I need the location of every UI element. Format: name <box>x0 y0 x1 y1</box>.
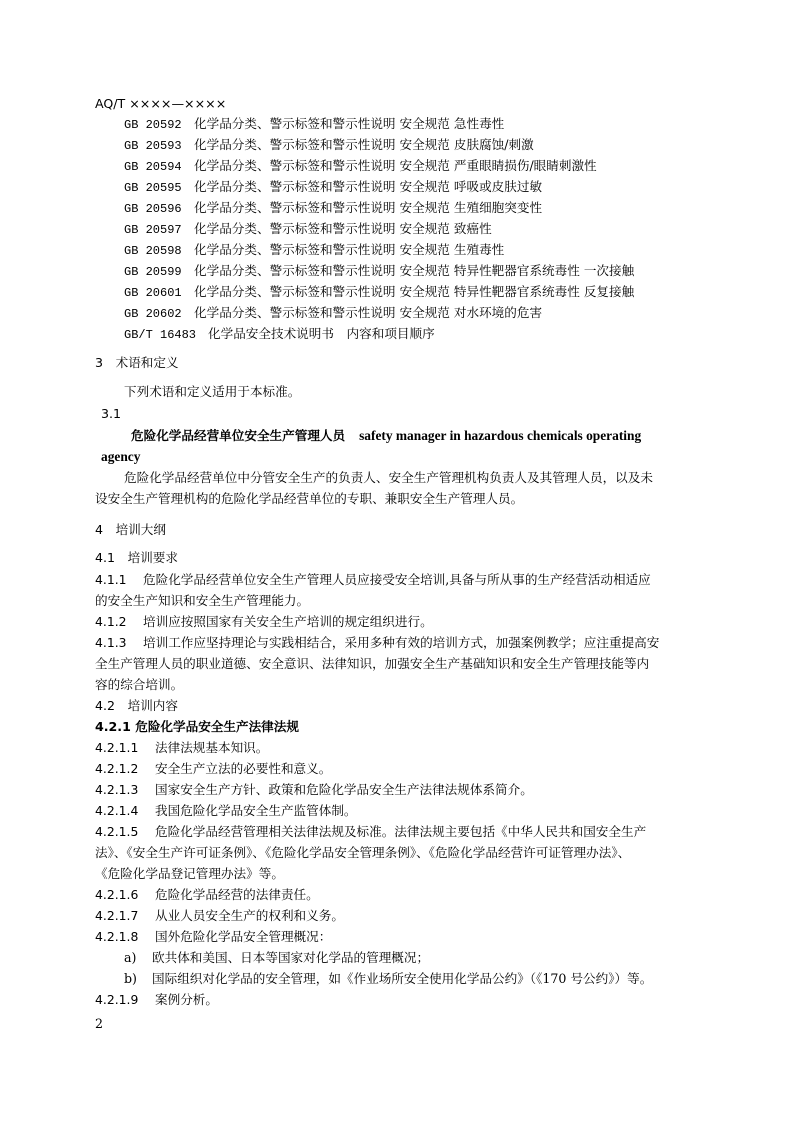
term-definition-line: 危险化学品经营单位中分管安全生产的负责人、安全生产管理机构负责人及其管理人员，以… <box>124 470 653 486</box>
reference-code: GB 20592 <box>124 117 194 133</box>
reference-item: GB 20599化学品分类、警示标签和警示性说明 安全规范 特异性靶器官系统毒性… <box>124 263 634 280</box>
reference-item: GB/T 16483化学品安全技术说明书 内容和项目顺序 <box>124 326 435 343</box>
clause-number: 4.2.1.9 <box>95 992 143 1008</box>
clause-4-2-1-1: 4.2.1.1法律法规基本知识。 <box>95 740 268 756</box>
clause-text: 危险化学品经营的法律责任。 <box>155 887 319 902</box>
reference-code: GB 20596 <box>124 201 194 217</box>
reference-item: GB 20602化学品分类、警示标签和警示性说明 安全规范 对水环境的危害 <box>124 305 542 322</box>
section-4-2-heading: 4.2 培训内容 <box>95 698 178 714</box>
term-title: 危险化学品经营单位安全生产管理人员safety manager in hazar… <box>131 428 641 444</box>
clause-number: 4.2.1.1 <box>95 740 143 756</box>
term-definition-line: 设安全生产管理机构的危险化学品经营单位的专职、兼职安全生产管理人员。 <box>95 491 523 507</box>
section-4-heading: 4 培训大纲 <box>95 522 166 538</box>
reference-item: GB 20597化学品分类、警示标签和警示性说明 安全规范 致癌性 <box>124 221 492 238</box>
clause-text: 危险化学品经营管理相关法律法规及标准。法律法规主要包括《中华人民共和国安全生产 <box>155 824 646 839</box>
clause-text: 危险化学品经营单位安全生产管理人员应接受安全培训,具备与所从事的生产经营活动相适… <box>143 572 651 587</box>
clause-number: 4.2.1.8 <box>95 929 143 945</box>
reference-code: GB 20598 <box>124 243 194 259</box>
reference-code: GB 20595 <box>124 180 194 196</box>
reference-title: 化学品分类、警示标签和警示性说明 安全规范 生殖细胞突变性 <box>194 200 542 215</box>
term-english: safety manager in hazardous chemicals op… <box>359 428 641 443</box>
section-3-intro: 下列术语和定义适用于本标准。 <box>124 384 300 400</box>
clause-4-2-1-8: 4.2.1.8国外危险化学品安全管理概况： <box>95 929 331 945</box>
term-chinese: 危险化学品经营单位安全生产管理人员 <box>131 428 345 443</box>
clause-4-1-1: 4.1.1危险化学品经营单位安全生产管理人员应接受安全培训,具备与所从事的生产经… <box>95 572 651 588</box>
clause-text: 法律法规基本知识。 <box>155 740 268 755</box>
list-text: 欧共体和美国、日本等国家对化学品的管理概况； <box>152 950 429 965</box>
clause-4-1-2: 4.1.2培训应按照国家有关安全生产培训的规定组织进行。 <box>95 614 433 630</box>
reference-item: GB 20593化学品分类、警示标签和警示性说明 安全规范 皮肤腐蚀/刺激 <box>124 137 534 154</box>
clause-text: 国外危险化学品安全管理概况： <box>155 929 331 944</box>
clause-text-continued: 《危险化学品登记管理办法》等。 <box>95 866 284 882</box>
reference-item: GB 20598化学品分类、警示标签和警示性说明 安全规范 生殖毒性 <box>124 242 504 259</box>
reference-code: GB 20594 <box>124 159 194 175</box>
clause-4-2-1-4: 4.2.1.4我国危险化学品安全生产监管体制。 <box>95 803 357 819</box>
reference-title: 化学品分类、警示标签和警示性说明 安全规范 皮肤腐蚀/刺激 <box>194 137 534 152</box>
reference-item: GB 20601化学品分类、警示标签和警示性说明 安全规范 特异性靶器官系统毒性… <box>124 284 634 301</box>
clause-text: 安全生产立法的必要性和意义。 <box>155 761 331 776</box>
section-3-heading: 3 术语和定义 <box>95 355 179 371</box>
clause-4-2-1-5: 4.2.1.5危险化学品经营管理相关法律法规及标准。法律法规主要包括《中华人民共… <box>95 824 646 840</box>
term-number: 3.1 <box>101 406 121 422</box>
clause-number: 4.2.1.5 <box>95 824 143 840</box>
list-item-b: b)国际组织对化学品的安全管理，如《作业场所安全使用化学品公约》（《170 号公… <box>124 971 652 987</box>
clause-text-continued: 的安全生产知识和安全生产管理能力。 <box>95 593 309 609</box>
clause-text-continued: 容的综合培训。 <box>95 677 183 693</box>
clause-4-2-1-6: 4.2.1.6危险化学品经营的法律责任。 <box>95 887 319 903</box>
clause-number: 4.2.1.4 <box>95 803 143 819</box>
reference-title: 化学品分类、警示标签和警示性说明 安全规范 严重眼睛损伤/眼睛刺激性 <box>194 158 597 173</box>
reference-item: GB 20596化学品分类、警示标签和警示性说明 安全规范 生殖细胞突变性 <box>124 200 542 217</box>
reference-title: 化学品分类、警示标签和警示性说明 安全规范 致癌性 <box>194 221 492 236</box>
section-4-1-heading: 4.1 培训要求 <box>95 550 178 566</box>
clause-number: 4.2.1.7 <box>95 908 143 924</box>
term-english-continued: agency <box>101 449 140 465</box>
clause-number: 4.1.1 <box>95 572 131 588</box>
reference-title: 化学品分类、警示标签和警示性说明 安全规范 特异性靶器官系统毒性 一次接触 <box>194 263 634 278</box>
clause-4-2-1-9: 4.2.1.9案例分析。 <box>95 992 218 1008</box>
reference-code: GB 20601 <box>124 285 194 301</box>
list-item-a: a)欧共体和美国、日本等国家对化学品的管理概况； <box>124 950 429 966</box>
clause-number: 4.1.2 <box>95 614 131 630</box>
reference-item: GB 20594化学品分类、警示标签和警示性说明 安全规范 严重眼睛损伤/眼睛刺… <box>124 158 597 175</box>
reference-title: 化学品分类、警示标签和警示性说明 安全规范 生殖毒性 <box>194 242 504 257</box>
reference-title: 化学品分类、警示标签和警示性说明 安全规范 特异性靶器官系统毒性 反复接触 <box>194 284 634 299</box>
reference-code: GB 20597 <box>124 222 194 238</box>
clause-number: 4.2.1.2 <box>95 761 143 777</box>
clause-text: 案例分析。 <box>155 992 218 1007</box>
clause-text-continued: 全生产管理人员的职业道德、安全意识、法律知识，加强安全生产基础知识和安全生产管理… <box>95 656 649 672</box>
clause-text: 国家安全生产方针、政策和危险化学品安全生产法律法规体系简介。 <box>155 782 533 797</box>
document-code-header: AQ/T ××××—×××× <box>95 96 226 112</box>
reference-item: GB 20595化学品分类、警示标签和警示性说明 安全规范 呼吸或皮肤过敏 <box>124 179 542 196</box>
clause-text: 培训工作应坚持理论与实践相结合，采用多种有效的培训方式，加强案例教学；应注重提高… <box>143 635 659 650</box>
clause-text: 培训应按照国家有关安全生产培训的规定组织进行。 <box>143 614 433 629</box>
clause-number: 4.1.3 <box>95 635 131 651</box>
list-label: a) <box>124 950 152 966</box>
list-label: b) <box>124 971 152 987</box>
clause-4-2-1-7: 4.2.1.7从业人员安全生产的权利和义务。 <box>95 908 344 924</box>
clause-4-1-3: 4.1.3培训工作应坚持理论与实践相结合，采用多种有效的培训方式，加强案例教学；… <box>95 635 659 651</box>
reference-code: GB 20593 <box>124 138 194 154</box>
reference-code: GB 20599 <box>124 264 194 280</box>
reference-title: 化学品分类、警示标签和警示性说明 安全规范 对水环境的危害 <box>194 305 542 320</box>
clause-text-continued: 法》、《安全生产许可证条例》、《危险化学品安全管理条例》、《危险化学品经营许可证… <box>95 845 630 861</box>
page-number: 2 <box>95 1016 103 1032</box>
reference-title: 化学品分类、警示标签和警示性说明 安全规范 急性毒性 <box>194 116 504 131</box>
reference-title: 化学品安全技术说明书 内容和项目顺序 <box>208 326 435 341</box>
clause-4-2-1-2: 4.2.1.2安全生产立法的必要性和意义。 <box>95 761 331 777</box>
reference-item: GB 20592化学品分类、警示标签和警示性说明 安全规范 急性毒性 <box>124 116 504 133</box>
list-text: 国际组织对化学品的安全管理，如《作业场所安全使用化学品公约》（《170 号公约》… <box>152 971 652 986</box>
clause-number: 4.2.1.6 <box>95 887 143 903</box>
section-4-2-1-heading: 4.2.1 危险化学品安全生产法律法规 <box>95 719 299 735</box>
document-page: AQ/T ××××—×××× GB 20592化学品分类、警示标签和警示性说明 … <box>0 0 793 1122</box>
clause-text: 我国危险化学品安全生产监管体制。 <box>155 803 357 818</box>
clause-text: 从业人员安全生产的权利和义务。 <box>155 908 344 923</box>
reference-title: 化学品分类、警示标签和警示性说明 安全规范 呼吸或皮肤过敏 <box>194 179 542 194</box>
reference-code: GB 20602 <box>124 306 194 322</box>
clause-4-2-1-3: 4.2.1.3国家安全生产方针、政策和危险化学品安全生产法律法规体系简介。 <box>95 782 533 798</box>
clause-number: 4.2.1.3 <box>95 782 143 798</box>
reference-code: GB/T 16483 <box>124 327 208 343</box>
